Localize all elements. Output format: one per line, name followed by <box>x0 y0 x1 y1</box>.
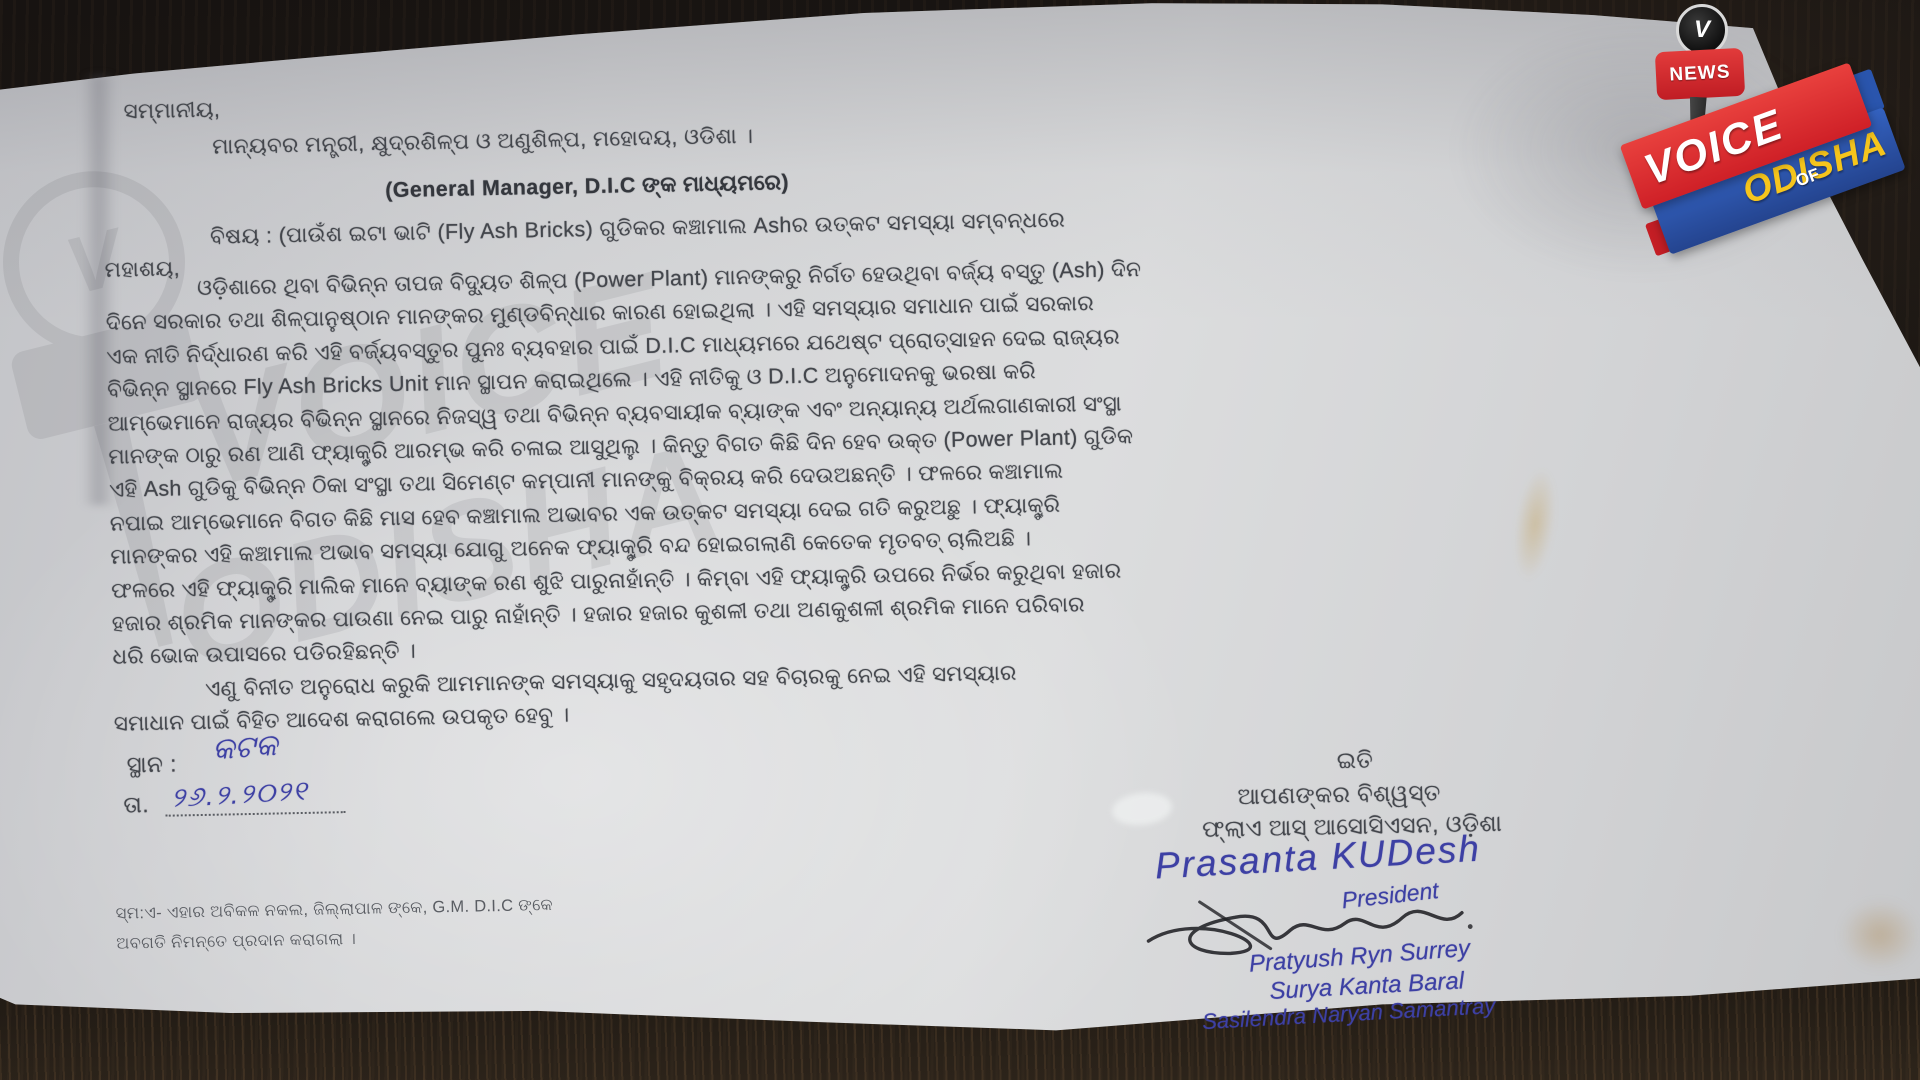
mic-initial: V <box>1694 16 1710 44</box>
photographed-letter-scene: V VOICE ODISHA ସମ୍ମାନୀୟ, ମାନ୍ୟବର ମନ୍ତ୍ରୀ… <box>0 0 1920 1080</box>
memo-line-1: ସ୍ମ:ଏ- ଏହାର ଅବିକଳ ନକଲ, ଜିଲ୍ଲାପାଳ ଙ୍କେ, G… <box>116 896 554 924</box>
place-label: ସ୍ଥାନ : <box>126 750 177 778</box>
addressee-line: ମାନ୍ୟବର ମନ୍ତ୍ରୀ, କ୍ଷୁଦ୍ରଶିଳ୍ପ ଓ ଅଣୁଶିଳ୍ପ… <box>212 124 754 160</box>
date-value-handwritten: ୨୬.୨.୨୦୨୧ <box>171 775 310 814</box>
body-paragraphs: ଓଡ଼ିଶାରେ ଥିବା ବିଭିନ୍ନ ତାପଜ ବିଦ୍ୟୁତ ଶିଳ୍ପ… <box>105 248 1584 745</box>
letter-content: ସମ୍ମାନୀୟ, ମାନ୍ୟବର ମନ୍ତ୍ରୀ, କ୍ଷୁଦ୍ରଶିଳ୍ପ … <box>95 52 1594 1042</box>
through-line: (General Manager, D.I.C ଙ୍କ ମାଧ୍ୟମରେ) <box>385 170 789 203</box>
salutation-line: ସମ୍ମାନୀୟ, <box>123 97 220 124</box>
news-mic-band: NEWS <box>1655 48 1745 101</box>
paper-corner-stain <box>1840 900 1920 970</box>
place-value-handwritten: କଟକ <box>211 729 278 768</box>
closing-iti: ଇତି <box>1337 746 1374 774</box>
date-label: ତା. <box>123 791 149 819</box>
closing-yours-faithfully: ଆପଣଙ୍କର ବିଶ୍ୱସ୍ତ <box>1237 779 1441 810</box>
memo-line-2: ଅବଗତି ନିମନ୍ତେ ପ୍ରଦାନ କରାଗଲା । <box>116 930 356 954</box>
news-label: NEWS <box>1669 61 1731 86</box>
subject-line: ବିଷୟ : (ପାଉଁଶ ଇଟା ଭାଟି (Fly Ash Bricks) … <box>210 208 1065 250</box>
voice-of-odisha-logo: V NEWS ODISHA VOICE OF <box>1600 0 1920 330</box>
